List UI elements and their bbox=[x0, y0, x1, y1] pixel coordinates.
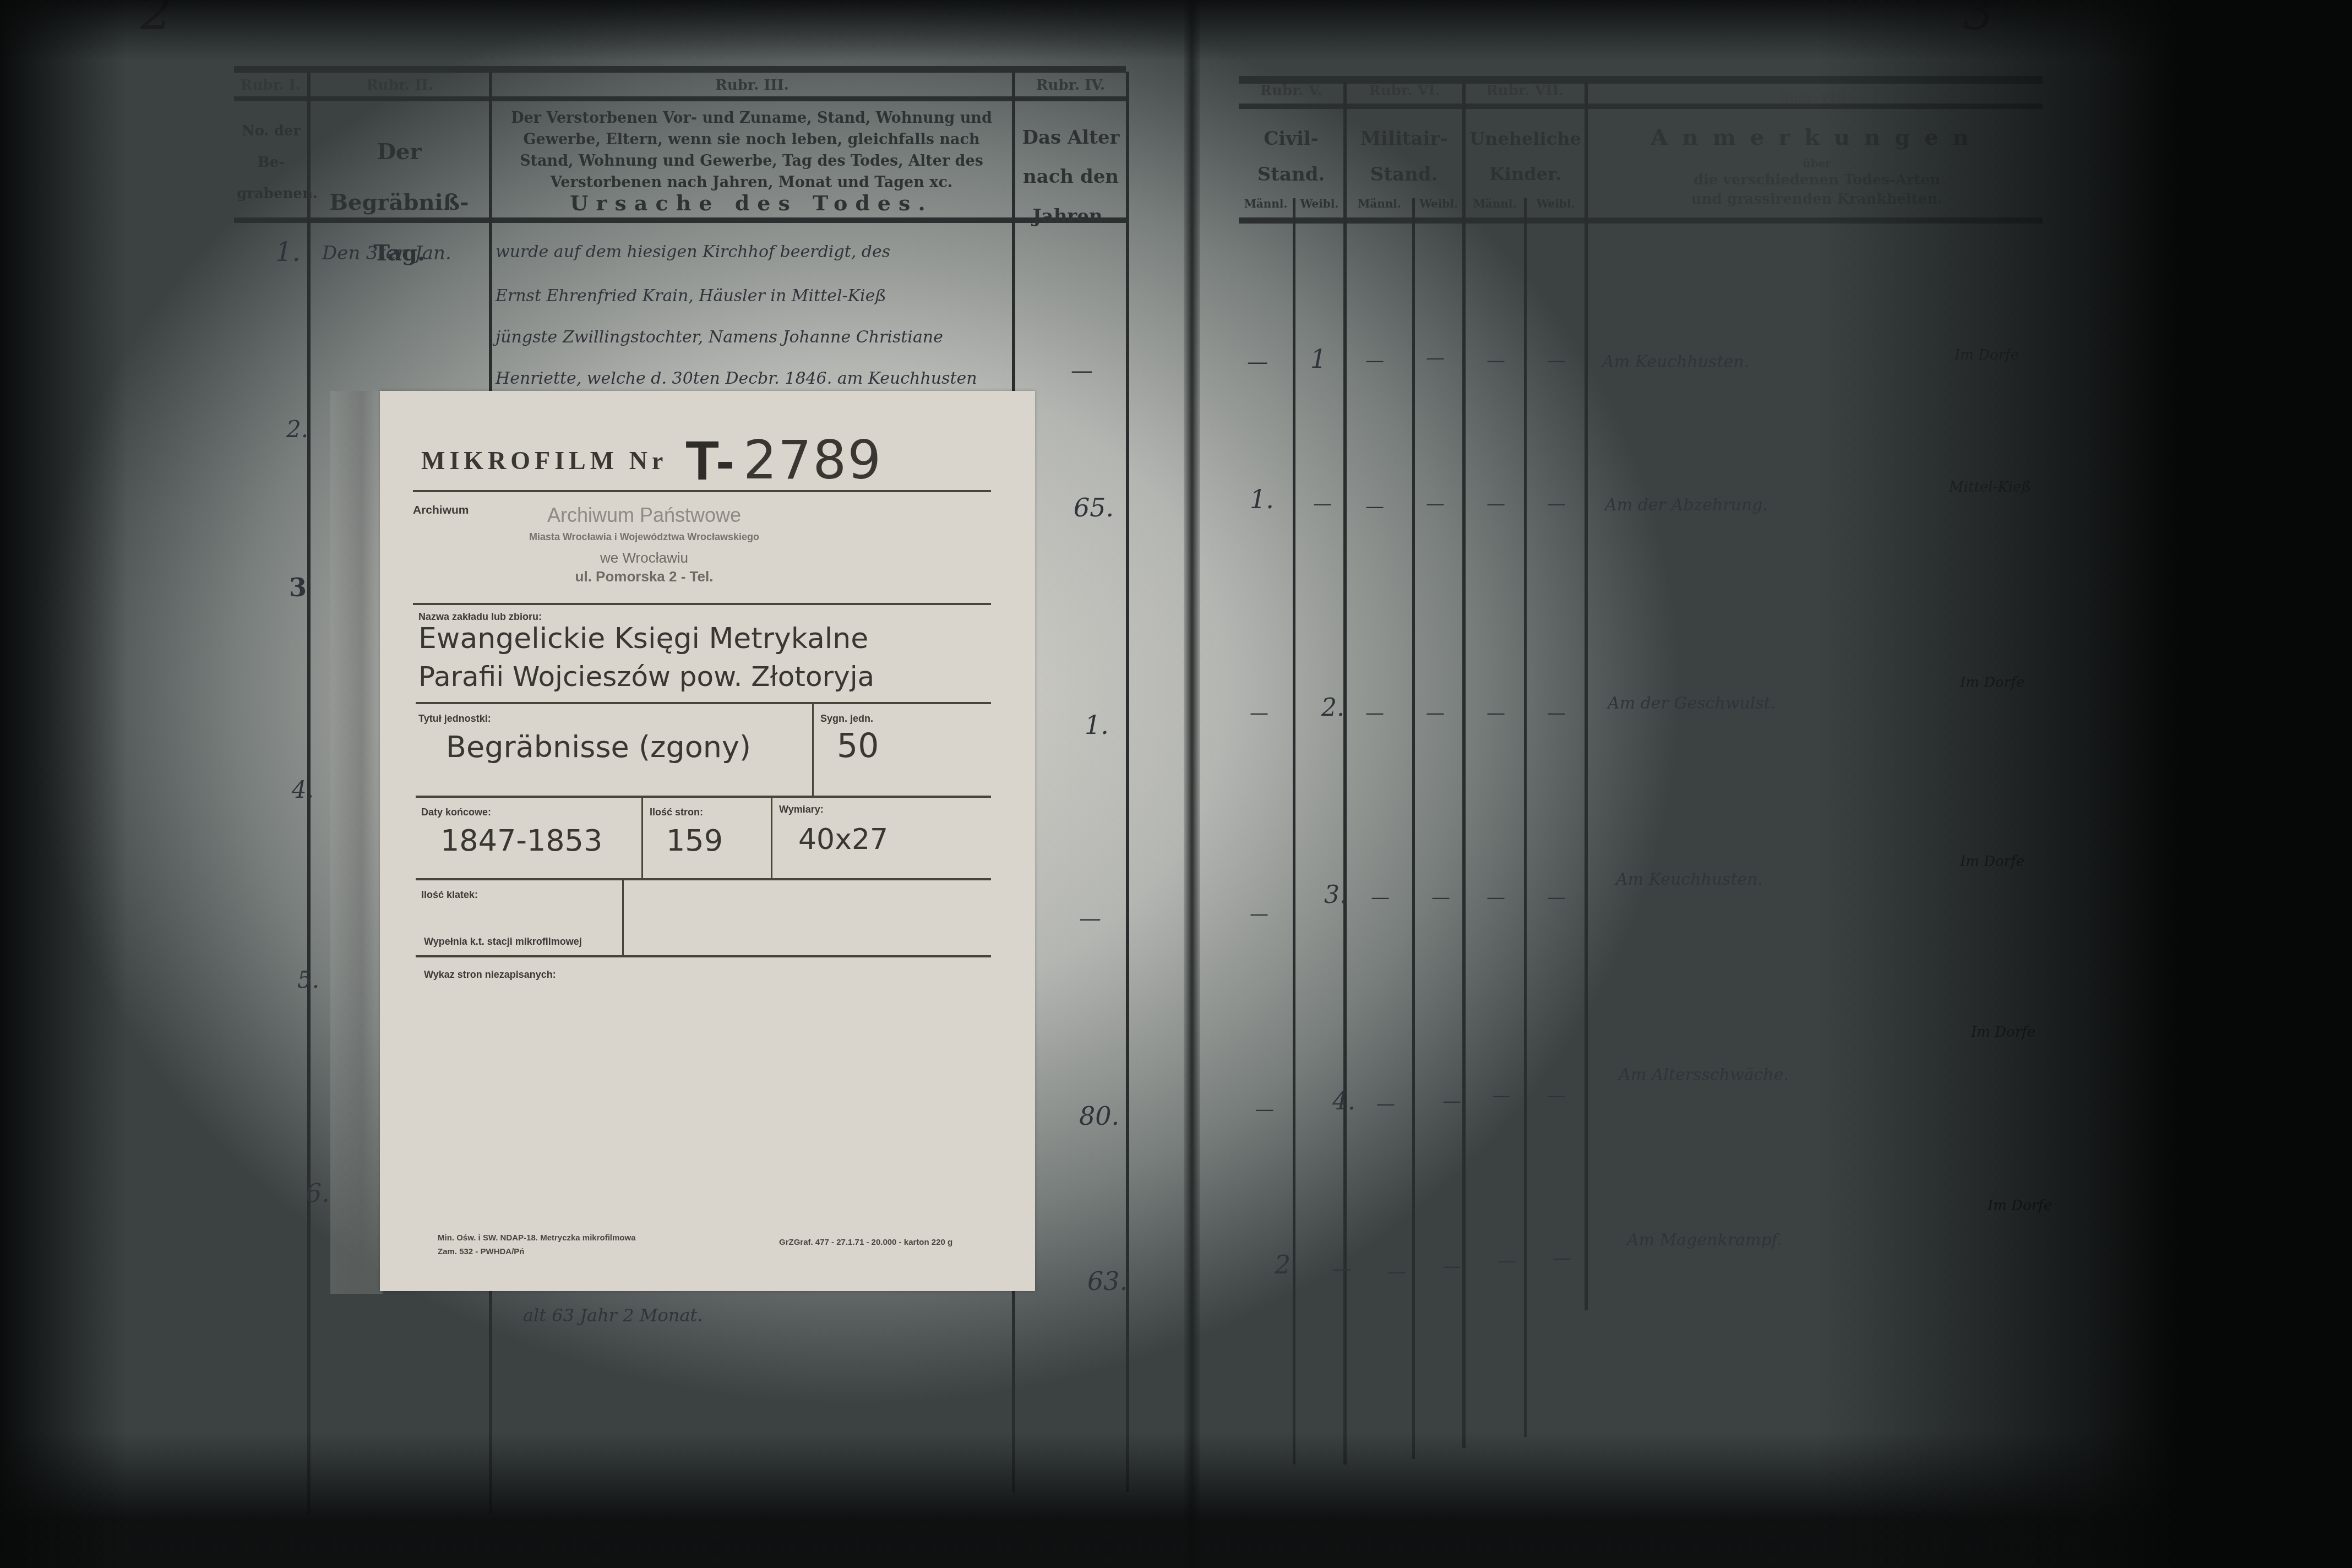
card-divider bbox=[413, 490, 991, 492]
rubric-5: Rubr. V. bbox=[1239, 83, 1343, 99]
rubric-6: Rubr. VI. bbox=[1347, 83, 1462, 99]
book-gutter bbox=[1184, 0, 1200, 1568]
note: Mittel-Kieß bbox=[1949, 479, 2031, 496]
entry-1-number: 1. bbox=[275, 237, 301, 268]
header-remarks-subtitle: die verschiedenen Todes-Arten und grassi… bbox=[1685, 171, 1949, 209]
note: Im Dorfe bbox=[1960, 853, 2024, 870]
header-civil-status: Civil- Stand. bbox=[1242, 121, 1341, 192]
sygn-value: 50 bbox=[837, 727, 879, 765]
header-burial-number: No. der Be- grabenen. bbox=[237, 116, 306, 210]
entry-1-date: Den 3ten Jan. bbox=[322, 242, 451, 264]
card-footer-left-1: Min. Ośw. i SW. NDAP-18. Metryczka mikro… bbox=[438, 1233, 636, 1243]
header-military-status: Militair- Stand. bbox=[1349, 121, 1459, 192]
entry-3-number: 3 bbox=[289, 573, 307, 602]
archive-stamp-city: we Wrocławiu bbox=[490, 549, 798, 567]
column-divider bbox=[1412, 198, 1415, 1459]
nazwa-value-line1: Ewangelickie Księgi Metrykalne bbox=[418, 622, 868, 655]
column-divider bbox=[1585, 83, 1588, 1310]
daty-value: 1847-1853 bbox=[440, 823, 602, 858]
remark: Am Keuchhusten. bbox=[1602, 352, 1749, 372]
microfilm-prefix: T- bbox=[685, 429, 734, 493]
entry-5-age: 80. bbox=[1079, 1101, 1119, 1131]
note: Im Dorfe bbox=[1960, 674, 2024, 691]
wykaz-label: Wykaz stron niezapisanych: bbox=[424, 969, 556, 981]
card-divider bbox=[413, 603, 991, 605]
header-bottom-rule bbox=[1239, 217, 2043, 224]
rubric-7: Rubr. VII. bbox=[1466, 83, 1585, 99]
sygn-label: Sygn. jedn. bbox=[820, 713, 873, 725]
header-male: Männl. bbox=[1239, 197, 1293, 211]
header-male: Männl. bbox=[1347, 197, 1412, 211]
header-male: Männl. bbox=[1466, 197, 1524, 211]
entry-6-age: 63. bbox=[1087, 1266, 1128, 1296]
page-number-left: 2 bbox=[140, 0, 172, 41]
header-cause-of-death: Ursache des Todes. bbox=[501, 190, 1002, 216]
entry-2-number: 2. bbox=[286, 416, 308, 443]
header-illegitimate-children: Uneheliche Kinder. bbox=[1469, 121, 1582, 192]
header-female: Weibl. bbox=[1415, 197, 1462, 211]
ilosc-stron-value: 159 bbox=[666, 823, 723, 858]
card-divider bbox=[622, 880, 624, 957]
tytul-label: Tytuł jednostki: bbox=[418, 713, 491, 725]
entry-3-age: 1. bbox=[1085, 710, 1109, 740]
page-number-right: 3 bbox=[1963, 0, 1994, 41]
entry-1-line: Henriette, welche d. 30ten Decbr. 1846. … bbox=[496, 369, 977, 388]
header-age: Das Alter nach den Jahren. bbox=[1019, 118, 1123, 236]
column-divider bbox=[1524, 198, 1527, 1437]
tytul-value: Begräbnisse (zgony) bbox=[446, 729, 751, 764]
entry-1-line: jüngste Zwillingstochter, Namens Johanne… bbox=[496, 328, 943, 347]
rubric-1: Rubr. I. bbox=[234, 77, 307, 94]
remark: Am Keuchhusten. bbox=[1616, 870, 1763, 889]
note: Im Dorfe bbox=[1988, 1197, 2052, 1214]
entry-6-number: 6. bbox=[306, 1178, 330, 1208]
nazwa-label: Nazwa zakładu lub zbioru: bbox=[418, 611, 542, 623]
rubric-4: Rubr. IV. bbox=[1015, 77, 1126, 94]
archive-stamp-region: Miasta Wrocławia i Województwa Wrocławsk… bbox=[490, 531, 798, 543]
note: Im Dorfe bbox=[1971, 1024, 2035, 1041]
entry-5-number: 5. bbox=[297, 966, 319, 993]
card-title: MIKROFILM Nr bbox=[421, 446, 667, 475]
card-divider bbox=[812, 703, 814, 797]
wymiary-label: Wymiary: bbox=[779, 804, 824, 815]
card-divider bbox=[416, 955, 991, 957]
header-top-rule bbox=[234, 66, 1126, 73]
entry-1-line: wurde auf dem hiesigen Kirchhof beerdigt… bbox=[496, 242, 890, 262]
remark: Am der Geschwulst. bbox=[1608, 694, 1776, 713]
header-remarks-title: Anmerkungen bbox=[1591, 124, 2043, 151]
remark: Am der Abzehrung. bbox=[1605, 496, 1768, 515]
entry-4-number: 4. bbox=[292, 776, 314, 803]
card-divider bbox=[416, 796, 991, 798]
column-divider bbox=[1293, 198, 1295, 1464]
header-rubric-rule bbox=[234, 96, 1126, 101]
column-divider bbox=[1462, 83, 1466, 1448]
rubric-8: Rubr. VIII. bbox=[1588, 91, 2043, 105]
entry-6-line: alt 63 Jahr 2 Monat. bbox=[523, 1305, 703, 1326]
wymiary-value: 40x27 bbox=[798, 823, 888, 856]
wypelnia-label: Wypełnia k.t. stacji mikrofilmowej bbox=[424, 936, 582, 948]
card-footer-left-2: Zam. 532 - PWHDA/Pń bbox=[438, 1247, 525, 1256]
card-divider bbox=[416, 702, 991, 704]
rubric-2: Rubr. II. bbox=[311, 77, 489, 94]
entry-4-age: — bbox=[1079, 906, 1101, 931]
card-shadow-edge bbox=[330, 391, 383, 1294]
header-female: Weibl. bbox=[1527, 197, 1585, 211]
entry-1-line: Ernst Ehrenfried Krain, Häusler in Mitte… bbox=[496, 286, 886, 306]
remark: Am Altersschwäche. bbox=[1619, 1065, 1789, 1085]
card-divider bbox=[771, 797, 772, 879]
column-divider bbox=[1343, 83, 1347, 1464]
archiwum-label: Archiwum bbox=[413, 504, 469, 517]
microfilm-metadata-card: MIKROFILM Nr T- 2789 Archiwum Archiwum P… bbox=[380, 391, 1035, 1291]
header-female: Weibl. bbox=[1295, 197, 1343, 211]
remark: Am Magenkrampf. bbox=[1627, 1231, 1782, 1250]
nazwa-value-line2: Parafii Wojcieszów pow. Złotoryja bbox=[418, 661, 874, 693]
ilosc-klatek-label: Ilość klatek: bbox=[421, 889, 478, 901]
note: Im Dorfe bbox=[1954, 347, 2019, 363]
card-divider bbox=[416, 878, 991, 880]
archive-stamp-name: Archiwum Państwowe bbox=[490, 504, 798, 527]
ilosc-stron-label: Ilość stron: bbox=[650, 807, 703, 818]
microfilm-number: 2789 bbox=[743, 429, 882, 491]
rubric-3: Rubr. III. bbox=[492, 77, 1012, 94]
header-deceased-details: Der Verstorbenen Vor- und Zuname, Stand,… bbox=[501, 107, 1002, 194]
card-divider bbox=[641, 797, 643, 879]
entry-1-age: — bbox=[1071, 358, 1093, 383]
archive-stamp-address: ul. Pomorska 2 - Tel. bbox=[490, 568, 798, 585]
daty-label: Daty końcowe: bbox=[421, 807, 491, 818]
entry-2-age: 65. bbox=[1074, 493, 1114, 522]
header-remarks-over: über bbox=[1591, 157, 2043, 171]
card-footer-right: GrZGraf. 477 - 27.1.71 - 20.000 - karton… bbox=[779, 1238, 952, 1247]
